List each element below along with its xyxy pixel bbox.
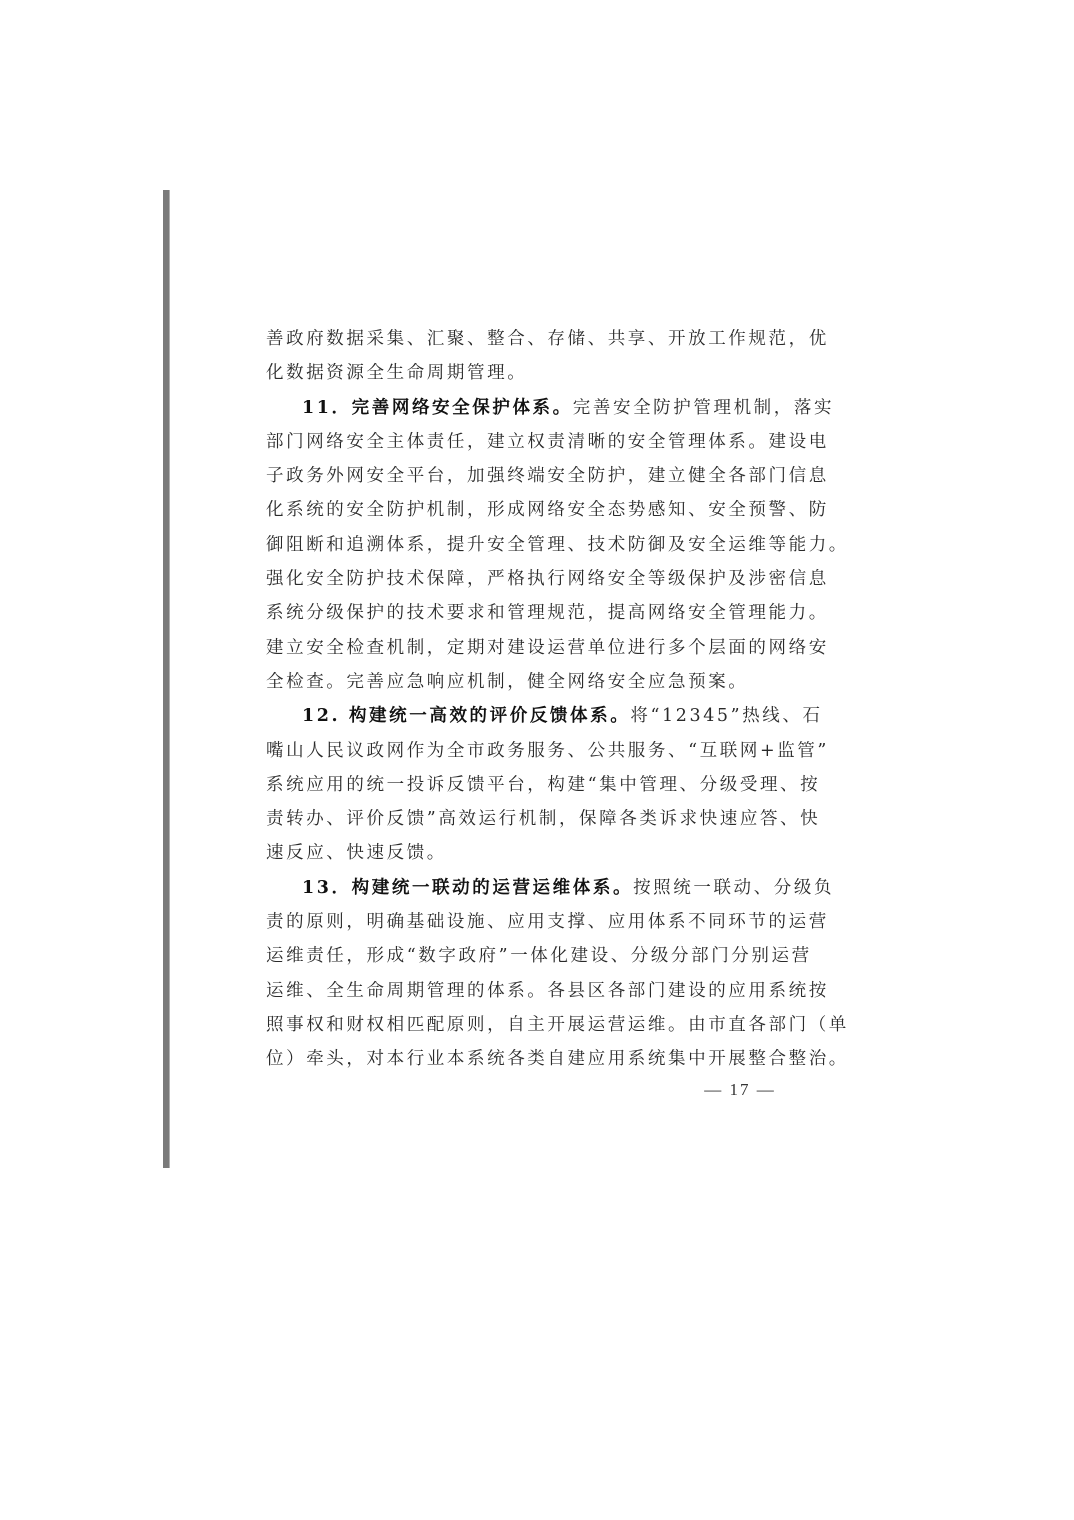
- binding-edge: [163, 190, 170, 1168]
- text-line: 责转办、评价反馈”高效运行机制，保障各类诉求快速应答、快: [266, 802, 798, 836]
- text-span: 完善安全防护管理机制，落实: [573, 398, 834, 418]
- text-line: 系统分级保护的技术要求和管理规范，提高网络安全管理能力。: [266, 596, 798, 630]
- page-number: — 17 —: [700, 1080, 780, 1100]
- text-line: 建立安全检查机制，定期对建设运营单位进行多个层面的网络安: [266, 631, 798, 665]
- section-first-line: 12. 构建统一高效的评价反馈体系。将“12345”热线、石: [266, 699, 798, 733]
- section-first-line: 13．构建统一联动的运营运维体系。按照统一联动、分级负: [266, 871, 798, 905]
- text-line: 部门网络安全主体责任，建立权责清晰的安全管理体系。建设电: [266, 425, 798, 459]
- text-line: 责的原则，明确基础设施、应用支撑、应用体系不同环节的运营: [266, 905, 798, 939]
- text-line: 嘴山人民议政网作为全市政务服务、公共服务、“互联网+监管”: [266, 734, 798, 768]
- text-line: 速反应、快速反馈。: [266, 836, 798, 870]
- text-line: 善政府数据采集、汇聚、整合、存储、共享、开放工作规范，优: [266, 322, 798, 356]
- text-line: 全检查。完善应急响应机制，健全网络安全应急预案。: [266, 665, 798, 699]
- text-line: 运维、全生命周期管理的体系。各县区各部门建设的应用系统按: [266, 974, 798, 1008]
- text-span: 将“12345”热线、石: [630, 706, 822, 726]
- section-heading: 13．构建统一联动的运营运维体系。: [302, 878, 633, 898]
- text-line: 运维责任，形成“数字政府”一体化建设、分级分部门分别运营: [266, 939, 798, 973]
- text-line: 照事权和财权相匹配原则，自主开展运营运维。由市直各部门（单: [266, 1008, 798, 1042]
- text-span: 按照统一联动、分级负: [633, 878, 834, 898]
- text-line: 位）牵头，对本行业本系统各类自建应用系统集中开展整合整治。: [266, 1042, 798, 1076]
- section-heading: 11．完善网络安全保护体系。: [302, 398, 573, 418]
- section-first-line: 11．完善网络安全保护体系。完善安全防护管理机制，落实: [266, 391, 798, 425]
- text-line: 化数据资源全生命周期管理。: [266, 356, 798, 390]
- text-line: 强化安全防护技术保障，严格执行网络安全等级保护及涉密信息: [266, 562, 798, 596]
- text-line: 御阻断和追溯体系，提升安全管理、技术防御及安全运维等能力。: [266, 528, 798, 562]
- section-12: 12. 构建统一高效的评价反馈体系。将“12345”热线、石 嘴山人民议政网作为…: [266, 699, 798, 870]
- continuation-paragraph: 善政府数据采集、汇聚、整合、存储、共享、开放工作规范，优 化数据资源全生命周期管…: [266, 322, 798, 391]
- section-heading: 12. 构建统一高效的评价反馈体系。: [302, 706, 630, 726]
- document-page: 善政府数据采集、汇聚、整合、存储、共享、开放工作规范，优 化数据资源全生命周期管…: [266, 322, 798, 1077]
- text-line: 化系统的安全防护机制，形成网络安全态势感知、安全预警、防: [266, 493, 798, 527]
- text-line: 系统应用的统一投诉反馈平台，构建“集中管理、分级受理、按: [266, 768, 798, 802]
- text-line: 子政务外网安全平台，加强终端安全防护，建立健全各部门信息: [266, 459, 798, 493]
- section-11: 11．完善网络安全保护体系。完善安全防护管理机制，落实 部门网络安全主体责任，建…: [266, 391, 798, 700]
- section-13: 13．构建统一联动的运营运维体系。按照统一联动、分级负 责的原则，明确基础设施、…: [266, 871, 798, 1077]
